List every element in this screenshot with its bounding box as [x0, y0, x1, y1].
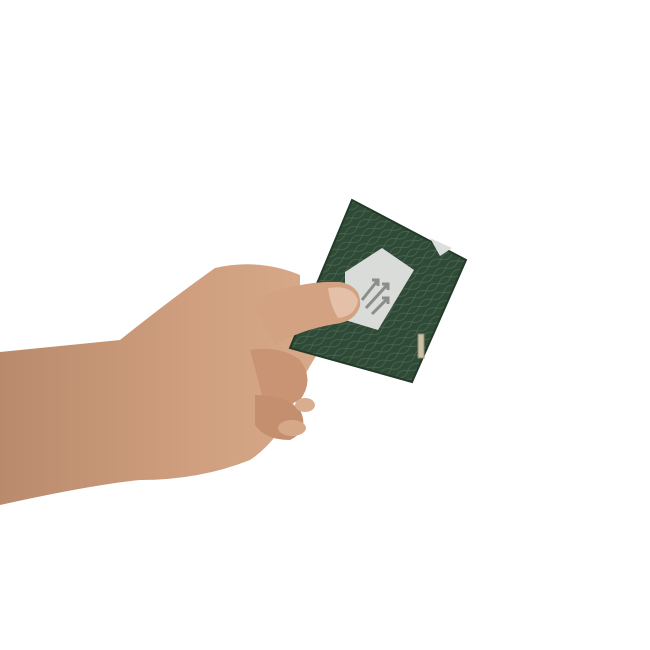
photo-illustration: [0, 0, 650, 650]
product-photo: [0, 0, 650, 650]
wallet-clasp: [418, 334, 424, 358]
